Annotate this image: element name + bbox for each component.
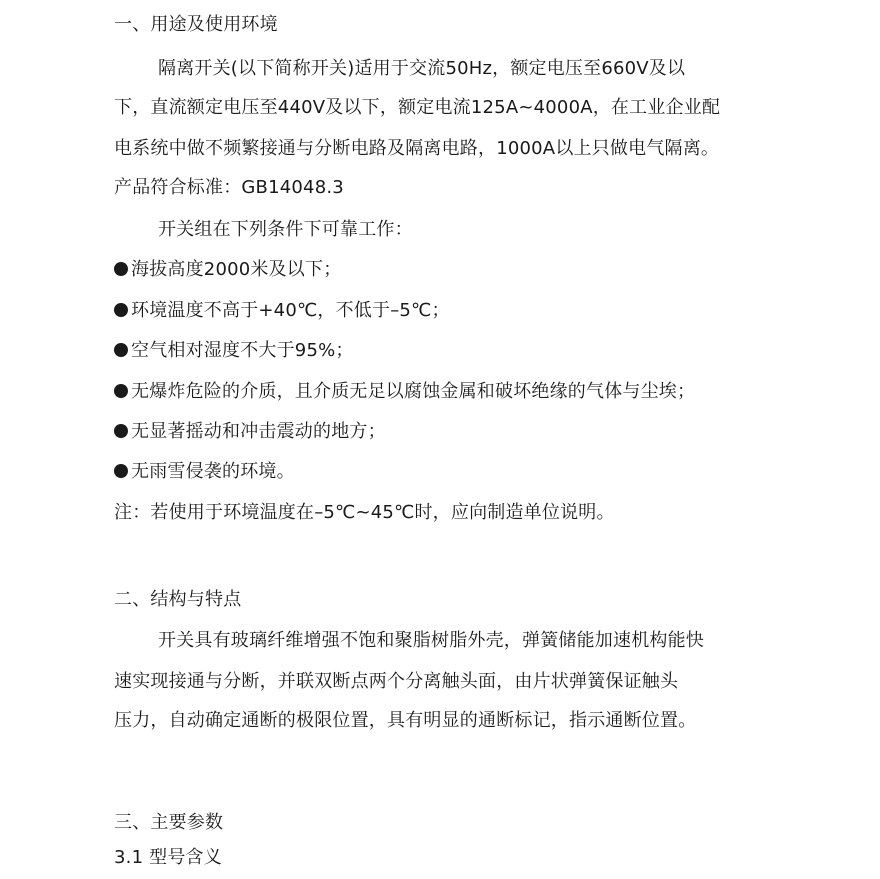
condition-item: 无显著摇动和冲击震动的地方； — [114, 421, 386, 443]
condition-item: 空气相对湿度不大于95%； — [114, 340, 354, 362]
section-2-paragraph-line-1: 开关具有玻璃纤维增强不饱和聚脂树脂外壳，弹簧储能加速机构能快 — [158, 630, 704, 652]
condition-text: 环境温度不高于+40℃，不低于–5℃； — [131, 300, 450, 321]
condition-item: 海拔高度2000米及以下； — [114, 259, 341, 281]
bullet-icon — [114, 303, 128, 317]
section-1-paragraph-line-3: 电系统中做不频繁接通与分断电路及隔离电路，1000A以上只做电气隔离。 — [114, 138, 719, 160]
bullet-icon — [114, 343, 128, 357]
condition-text: 无爆炸危险的介质，且介质无足以腐蚀金属和破坏绝缘的气体与尘埃； — [131, 381, 695, 402]
section-3-heading: 三、主要参数 — [114, 812, 223, 834]
bullet-icon — [114, 424, 128, 438]
condition-text: 空气相对湿度不大于95%； — [131, 340, 354, 361]
condition-item: 无爆炸危险的介质，且介质无足以腐蚀金属和破坏绝缘的气体与尘埃； — [114, 381, 695, 403]
product-standard: 产品符合标准：GB14048.3 — [114, 177, 344, 199]
section-1-paragraph-line-2: 下，直流额定电压至440V及以下，额定电流125A~4000A，在工业企业配 — [114, 97, 720, 119]
section-1-paragraph-line-1: 隔离开关(以下简称开关)适用于交流50Hz，额定电压至660V及以 — [158, 58, 685, 80]
section-1-heading: 一、用途及使用环境 — [114, 14, 278, 36]
condition-text: 无雨雪侵袭的环境。 — [131, 461, 295, 482]
condition-item: 无雨雪侵袭的环境。 — [114, 461, 295, 483]
temperature-note: 注：若使用于环境温度在–5℃~45℃时，应向制造单位说明。 — [114, 502, 615, 524]
section-3-subheading: 3.1 型号含义 — [114, 847, 222, 869]
section-2-heading: 二、结构与特点 — [114, 589, 241, 611]
bullet-icon — [114, 384, 128, 398]
condition-item: 环境温度不高于+40℃，不低于–5℃； — [114, 300, 450, 322]
bullet-icon — [114, 262, 128, 276]
section-2-paragraph-line-2: 速实现接通与分断，并联双断点两个分离触头面，由片状弹簧保证触头 — [114, 671, 678, 693]
condition-text: 无显著摇动和冲击震动的地方； — [131, 421, 386, 442]
conditions-intro: 开关组在下列条件下可靠工作： — [158, 219, 413, 241]
section-2-paragraph-line-3: 压力，自动确定通断的极限位置，具有明显的通断标记，指示通断位置。 — [114, 710, 696, 732]
bullet-icon — [114, 464, 128, 478]
condition-text: 海拔高度2000米及以下； — [131, 259, 341, 280]
